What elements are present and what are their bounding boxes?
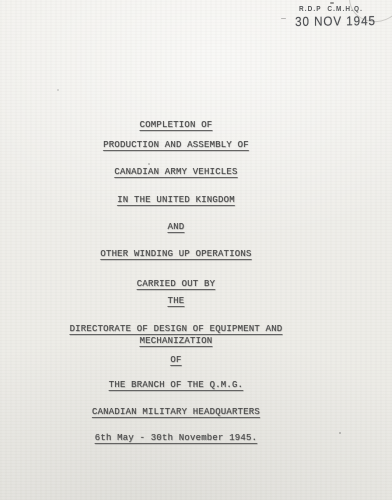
title-line-completion-of: COMPLETION OF xyxy=(0,120,352,132)
title-line-canadian-army-vehicles: CANADIAN ARMY VEHICLES xyxy=(0,167,352,179)
title-line-of: OF xyxy=(0,355,352,367)
title-line-carried-out-by: CARRIED OUT BY xyxy=(0,279,352,291)
title-line-and: AND xyxy=(0,222,352,234)
scanned-document-page: R.D.P C.M.H.Q. 30 NOV 1945 COMPLETION OF… xyxy=(0,0,392,500)
received-stamp-date: 30 NOV 1945 xyxy=(295,13,376,29)
title-line-directorate: DIRECTORATE OF DESIGN OF EQUIPMENT AND M… xyxy=(0,324,352,347)
title-line-branch-qmg: THE BRANCH OF THE Q.M.G. xyxy=(0,380,352,392)
title-line-production-assembly: PRODUCTION AND ASSEMBLY OF xyxy=(0,140,352,152)
received-stamp-office: R.D.P C.M.H.Q. xyxy=(299,6,363,13)
ink-speck xyxy=(281,18,286,19)
title-line-directorate-text: DIRECTORATE OF DESIGN OF EQUIPMENT AND M… xyxy=(67,324,285,347)
ink-speck xyxy=(148,163,150,165)
title-line-in-united-kingdom: IN THE UNITED KINGDOM xyxy=(0,195,352,207)
ink-speck xyxy=(330,2,334,4)
title-line-cmhq: CANADIAN MILITARY HEADQUARTERS xyxy=(0,407,352,419)
title-line-winding-up-operations: OTHER WINDING UP OPERATIONS xyxy=(0,249,352,261)
ink-speck xyxy=(57,89,59,91)
title-line-the: THE xyxy=(0,296,352,308)
title-line-date-range: 6th May - 30th November 1945. xyxy=(0,433,352,445)
ink-speck xyxy=(339,432,341,434)
